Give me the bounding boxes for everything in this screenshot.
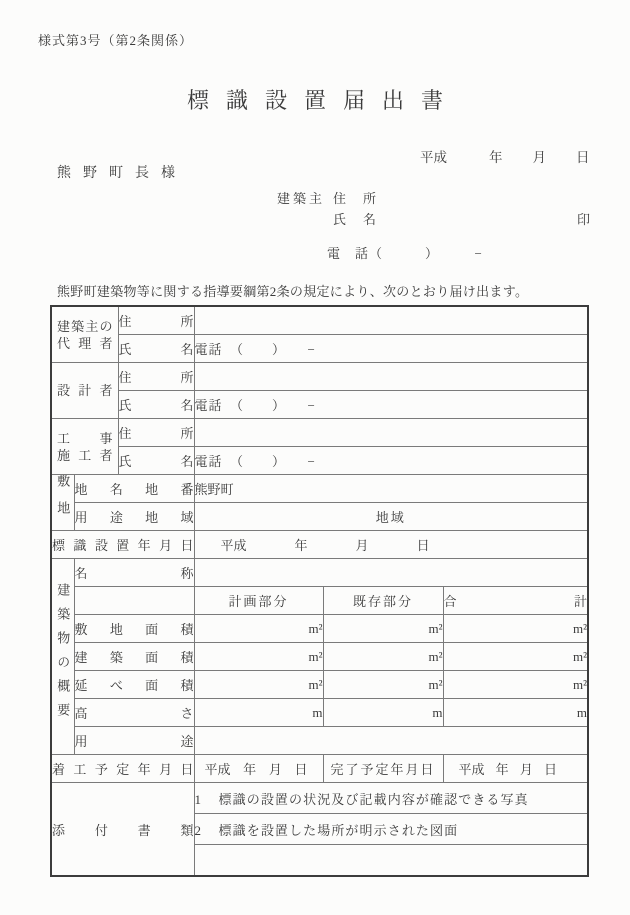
lot-label: 地名地番 [74, 475, 194, 503]
form-table: 建築主の 代理者 住所 氏名 電話 （ ） − 設計者 住所 氏 [50, 305, 589, 877]
designer-phone-field: 電話 （ ） − [194, 391, 588, 419]
col-header-planned: 計画部分 [194, 587, 323, 615]
attachment-item-1: 1標識の設置の状況及び記載内容が確認できる写真 [194, 783, 588, 814]
table-row: 着工予定年月日 平成 年 月 日 完了予定年月日 平成 年 月 日 [51, 755, 588, 783]
agent-address-field [194, 306, 588, 335]
owner-role-label: 建築主 [277, 188, 325, 207]
agent-address-label: 住所 [118, 306, 194, 335]
height-label: 高さ [74, 699, 194, 727]
table-row: 建築面積 m² m² m² [51, 643, 588, 671]
zone-value: 地域 [194, 503, 588, 531]
contractor-address-label: 住所 [118, 419, 194, 447]
table-row: 氏名 電話 （ ） − [51, 335, 588, 363]
table-row: 建築主の 代理者 住所 [51, 306, 588, 335]
table-row: 標識設置年月日 平成 年 月 日 [51, 531, 588, 559]
contractor-group-label: 工事 施工者 [51, 419, 118, 475]
owner-name-label: 氏 名 [333, 209, 378, 228]
start-date-label: 着工予定年月日 [51, 755, 194, 783]
attachment-2-text: 標識を設置した場所が明示された図面 [219, 823, 459, 838]
date-line: 平成 年 月 日 [420, 146, 590, 166]
attachment-1-number: 1 [195, 792, 219, 808]
use-field [194, 727, 588, 755]
site-area-label: 敷地面積 [74, 615, 194, 643]
table-row: 敷地面積 m² m² m² [51, 615, 588, 643]
floor-area-total: m² [443, 671, 588, 699]
height-planned: m [194, 699, 323, 727]
addressee: 熊野町長様 [57, 162, 187, 182]
table-row: 建築物の概要 名称 [51, 559, 588, 587]
building-vertical-label: 建築物の概要 [51, 559, 74, 755]
intro-sentence: 熊野町建築物等に関する指導要綱第2条の規定により、次のとおり届け出ます。 [57, 281, 528, 300]
attachment-2-number: 2 [195, 823, 219, 839]
table-row: 計画部分 既存部分 合計 [51, 587, 588, 615]
building-name-field [194, 559, 588, 587]
form-number: 様式第3号（第2条関係） [38, 30, 193, 49]
contractor-name-label: 氏名 [118, 447, 194, 475]
floor-area-existing: m² [323, 671, 443, 699]
end-date-field: 平成 年 月 日 [443, 755, 588, 783]
floor-area-label: 延べ面積 [74, 671, 194, 699]
height-total: m [443, 699, 588, 727]
building-area-existing: m² [323, 643, 443, 671]
owner-phone-label: 電 話（ ） − [327, 243, 483, 262]
table-row: 用途地域 地域 [51, 503, 588, 531]
site-vertical-label: 敷地 [51, 475, 74, 531]
table-row: 添付書類 1標識の設置の状況及び記載内容が確認できる写真 [51, 783, 588, 814]
table-row: 氏名 電話 （ ） − [51, 391, 588, 419]
table-row: 設計者 住所 [51, 363, 588, 391]
designer-address-label: 住所 [118, 363, 194, 391]
site-area-planned: m² [194, 615, 323, 643]
use-label: 用途 [74, 727, 194, 755]
designer-group-label: 設計者 [51, 363, 118, 419]
table-row: 工事 施工者 住所 [51, 419, 588, 447]
date-era: 平成 [420, 146, 447, 166]
date-month-label: 月 [533, 146, 547, 166]
end-date-label: 完了予定年月日 [323, 755, 443, 783]
building-area-total: m² [443, 643, 588, 671]
table-row: 延べ面積 m² m² m² [51, 671, 588, 699]
contractor-phone-field: 電話 （ ） − [194, 447, 588, 475]
agent-group-label: 建築主の 代理者 [51, 306, 118, 363]
owner-address-label: 住 所 [333, 188, 378, 207]
building-area-planned: m² [194, 643, 323, 671]
contractor-address-field [194, 419, 588, 447]
attachments-label: 添付書類 [51, 783, 194, 877]
page-title: 標識設置届出書 [0, 84, 630, 115]
height-existing: m [323, 699, 443, 727]
date-year-label: 年 [489, 146, 503, 166]
attachment-1-text: 標識の設置の状況及び記載内容が確認できる写真 [219, 792, 529, 807]
empty-label-cell [74, 587, 194, 615]
designer-name-label: 氏名 [118, 391, 194, 419]
floor-area-planned: m² [194, 671, 323, 699]
attachment-item-3-empty [194, 845, 588, 877]
building-name-label: 名称 [74, 559, 194, 587]
sign-date-field: 平成 年 月 日 [194, 531, 588, 559]
col-header-total: 合計 [443, 587, 588, 615]
table-row: 氏名 電話 （ ） − [51, 447, 588, 475]
sign-date-label: 標識設置年月日 [51, 531, 194, 559]
seal-mark: 印 [577, 209, 590, 228]
table-row: 敷地 地名地番 熊野町 [51, 475, 588, 503]
table-row: 高さ m m m [51, 699, 588, 727]
col-header-existing: 既存部分 [323, 587, 443, 615]
zone-label: 用途地域 [74, 503, 194, 531]
lot-value: 熊野町 [194, 475, 588, 503]
agent-phone-field: 電話 （ ） − [194, 335, 588, 363]
document-page: 様式第3号（第2条関係） 標識設置届出書 平成 年 月 日 熊野町長様 建築主 … [0, 0, 630, 915]
site-area-total: m² [443, 615, 588, 643]
site-area-existing: m² [323, 615, 443, 643]
date-day-label: 日 [576, 146, 590, 166]
building-area-label: 建築面積 [74, 643, 194, 671]
table-row: 用途 [51, 727, 588, 755]
start-date-field: 平成 年 月 日 [194, 755, 323, 783]
attachment-item-2: 2標識を設置した場所が明示された図面 [194, 814, 588, 845]
agent-name-label: 氏名 [118, 335, 194, 363]
designer-address-field [194, 363, 588, 391]
